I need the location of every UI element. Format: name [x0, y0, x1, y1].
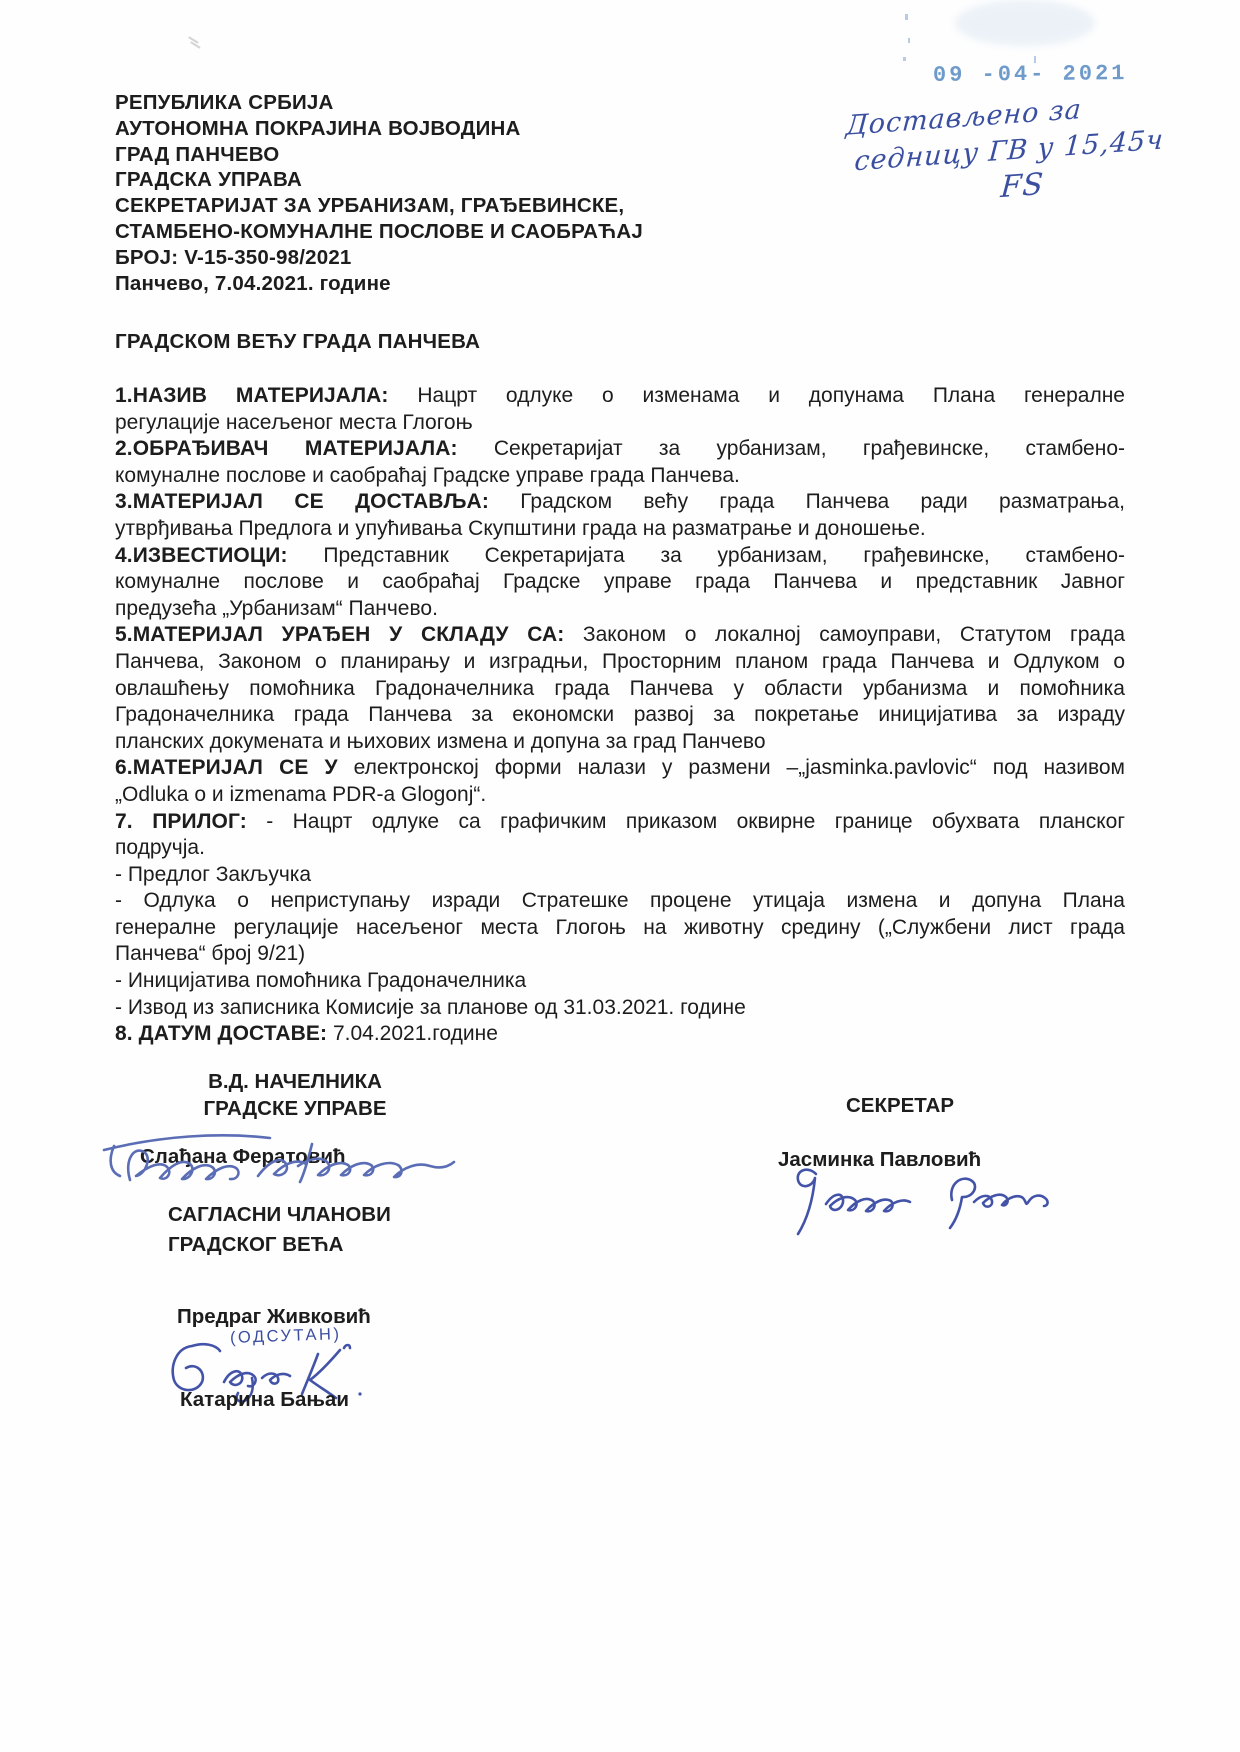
handwritten-note-initials: FS: [999, 167, 1045, 206]
body-line-label: 1.НАЗИВ МАТЕРИЈАЛА:: [115, 384, 389, 407]
letterhead-line: АУТОНОМНА ПОКРАЈИНА ВОЈВОДИНА: [115, 116, 835, 142]
stamp-ink-smudge: [955, 0, 1095, 46]
body-line-label: 4.ИЗВЕСТИОЦИ:: [115, 544, 288, 567]
body-line: планских докумената и њихових измена и д…: [115, 729, 1125, 756]
letterhead-line: РЕПУБЛИКА СРБИЈА: [115, 90, 835, 116]
body-line: 6.МАТЕРИЈАЛ СЕ У електронској форми нала…: [115, 755, 1125, 782]
body-line-label: 5.МАТЕРИЈАЛ УРАЂЕН У СКЛАДУ СА:: [115, 623, 564, 646]
role-line: В.Д. НАЧЕЛНИКА: [150, 1068, 440, 1095]
body-line: 7. ПРИЛОГ: - Нацрт одлуке са графичким п…: [115, 809, 1125, 836]
body-line: генералне регулације насељеног места Гло…: [115, 915, 1125, 942]
pencil-scan-artifact: [188, 36, 202, 48]
member-name-banjai: Катарина Бањаи: [180, 1388, 349, 1412]
letterhead-line: ГРАД ПАНЧЕВО: [115, 142, 835, 168]
body-line: утврђивања Предлога и упућивања Скупштин…: [115, 516, 1125, 543]
members-heading-line: САГЛАСНИ ЧЛАНОВИ: [168, 1200, 391, 1230]
body-line: Панчева, Законом о планирању и изградњи,…: [115, 649, 1125, 676]
signatory-role-left: В.Д. НАЧЕЛНИКА ГРАДСКЕ УПРАВЕ: [150, 1068, 440, 1122]
body-line: подручја.: [115, 835, 1125, 862]
body-line: - Иницијатива помоћника Градоначелника: [115, 968, 1125, 995]
member-name-zivkovic: Предраг Живковић: [177, 1305, 371, 1329]
received-date-stamp: 09 -04- 2021: [933, 61, 1128, 88]
page-title: ГРАДСКОМ ВЕЋУ ГРАДА ПАНЧЕВА: [115, 330, 480, 354]
body-line-label: 7. ПРИЛОГ:: [115, 810, 247, 833]
document-page: { "colors": { "text_black": "#1d1d1d", "…: [0, 0, 1240, 1752]
members-heading-line: ГРАДСКОГ ВЕЋА: [168, 1230, 391, 1260]
ink-speck: [903, 57, 906, 61]
ink-speck: [905, 14, 908, 20]
role-line: ГРАДСКЕ УПРАВЕ: [150, 1095, 440, 1122]
pavlovic-signature: [782, 1158, 1062, 1243]
body-line: 8. ДАТУМ ДОСТАВЕ: 7.04.2021.године: [115, 1021, 1125, 1048]
body-line: - Одлука о неприступању изради Стратешке…: [115, 888, 1125, 915]
body-line: 4.ИЗВЕСТИОЦИ: Представник Секретаријата …: [115, 543, 1125, 570]
letterhead-line: СТАМБЕНО-КОМУНАЛНЕ ПОСЛОВЕ И САОБРАЋАЈ: [115, 219, 835, 245]
document-number: БРОЈ: V-15-350-98/2021: [115, 245, 835, 271]
body-line-label: 8. ДАТУМ ДОСТАВЕ:: [115, 1022, 327, 1045]
ink-speck: [908, 38, 910, 43]
body-line: 5.МАТЕРИЈАЛ УРАЂЕН У СКЛАДУ СА: Законом …: [115, 622, 1125, 649]
body-line: Панчева“ број 9/21): [115, 941, 1125, 968]
body-line: предузећа „Урбанизам“ Панчево.: [115, 596, 1125, 623]
body-line-label: 3.МАТЕРИЈАЛ СЕ ДОСТАВЉА:: [115, 490, 489, 513]
document-place-date: Панчево, 7.04.2021. године: [115, 271, 835, 297]
body-line: комуналне послове и саобраћај Градске уп…: [115, 463, 1125, 490]
members-heading: САГЛАСНИ ЧЛАНОВИ ГРАДСКОГ ВЕЋА: [168, 1200, 391, 1259]
feratovic-signature: [100, 1120, 480, 1202]
handwritten-routing-note: Достављено за седницу ГВ у 15,45ч FS: [845, 84, 1212, 217]
body-line: Градоначелника града Панчева за економск…: [115, 702, 1125, 729]
body-line: - Извод из записника Комисије за планове…: [115, 995, 1125, 1022]
body-line: регулације насељеног места Глогоњ: [115, 410, 1125, 437]
body-line: „Odluka o и izmenama PDR-a Glogonj“.: [115, 782, 1125, 809]
letterhead-line: ГРАДСКА УПРАВА: [115, 167, 835, 193]
body-line: комуналне послове и саобраћај Градске уп…: [115, 569, 1125, 596]
body-line: овлашћењу помоћника Градоначелника града…: [115, 676, 1125, 703]
body-text: 1.НАЗИВ МАТЕРИЈАЛА: Нацрт одлуке о измен…: [115, 383, 1125, 1048]
body-line-label: 2.ОБРАЂИВАЧ МАТЕРИЈАЛА:: [115, 437, 458, 460]
body-line: 2.ОБРАЂИВАЧ МАТЕРИЈАЛА: Секретаријат за …: [115, 436, 1125, 463]
body-line: - Предлог Закључка: [115, 862, 1125, 889]
body-line-label: 6.МАТЕРИЈАЛ СЕ У: [115, 756, 338, 779]
body-line: 1.НАЗИВ МАТЕРИЈАЛА: Нацрт одлуке о измен…: [115, 383, 1125, 410]
letterhead: РЕПУБЛИКА СРБИЈА АУТОНОМНА ПОКРАЈИНА ВОЈ…: [115, 90, 835, 296]
letterhead-line: СЕКРЕТАРИЈАТ ЗА УРБАНИЗАМ, ГРАЂЕВИНСКЕ,: [115, 193, 835, 219]
body-line: 3.МАТЕРИЈАЛ СЕ ДОСТАВЉА: Градском већу г…: [115, 489, 1125, 516]
signatory-role-right: СЕКРЕТАР: [745, 1094, 1055, 1118]
